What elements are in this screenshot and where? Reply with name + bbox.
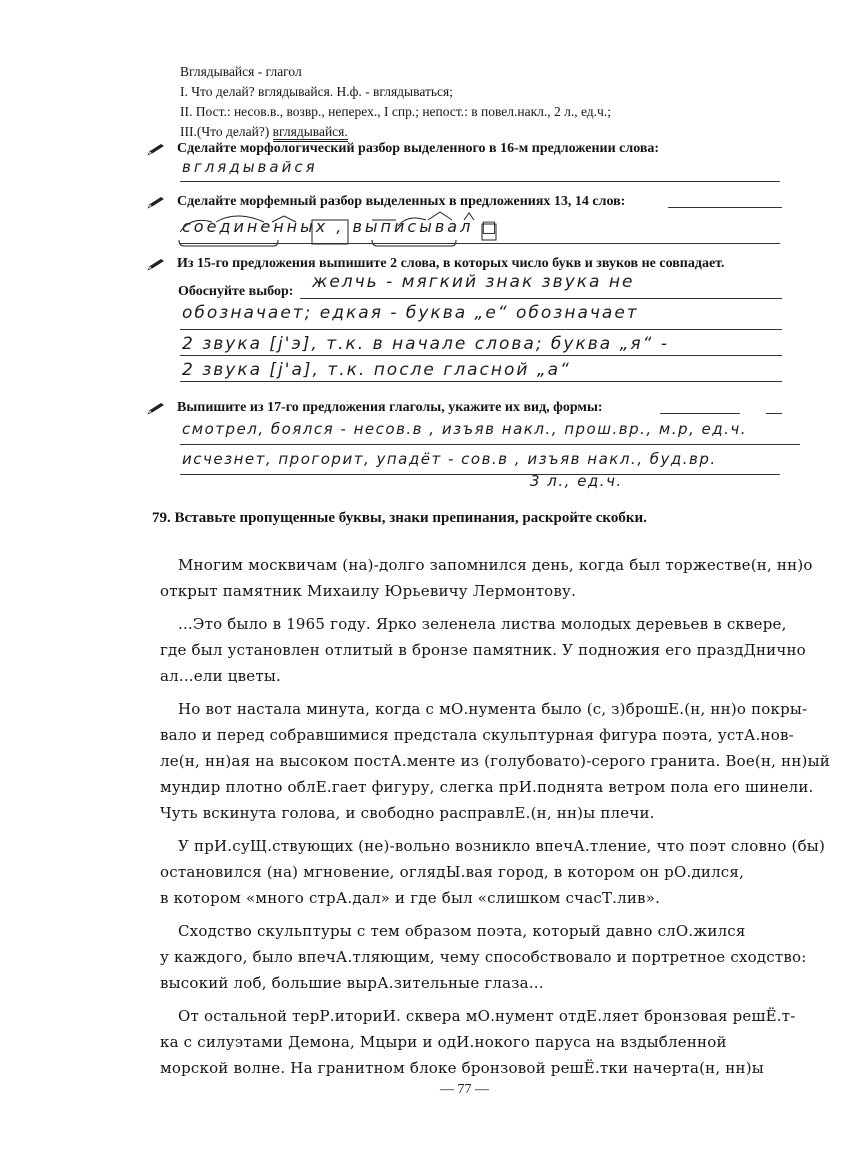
- handwritten-answer: 3 л., ед.ч.: [530, 472, 623, 490]
- text-line: мундир плотно облЕ.гает фигуру, слегка п…: [142, 774, 792, 800]
- text-line: У прИ.суЩ.ствующих (не)-вольно возникло …: [160, 833, 792, 859]
- justify-label: Обоснуйте выбор:: [178, 284, 293, 300]
- task-question: Сделайте морфологический разбор выделенн…: [177, 141, 659, 157]
- text-line: у каждого, было впечА.тляющим, чему спос…: [142, 944, 792, 970]
- answer-line: [180, 474, 780, 475]
- exercise-title: 79. Вставьте пропущенные буквы, знаки пр…: [152, 510, 647, 527]
- text-line: Сходство скульптуры с тем образом поэта,…: [160, 918, 792, 944]
- answer-line: [180, 355, 782, 356]
- exercise-paragraph: Многим москвичам (на)-долго запомнился д…: [160, 552, 792, 604]
- pencil-icon: [146, 402, 166, 416]
- answer-line: [180, 381, 782, 382]
- text-line: Чуть вскинута голова, и свободно расправ…: [142, 800, 792, 826]
- workbook-page: Вглядывайся - глагол I. Что делай? вгляд…: [0, 0, 842, 1158]
- pencil-icon: [146, 196, 166, 210]
- handwritten-answer: желчь - мягкий знак звука не: [312, 272, 634, 292]
- exercise-paragraph: У прИ.суЩ.ствующих (не)-вольно возникло …: [160, 833, 792, 911]
- text-line: где был установлен отлитый в бронзе памя…: [142, 637, 792, 663]
- text-line: морской волне. На гранитном блоке бронзо…: [142, 1055, 792, 1081]
- answer-line: [180, 181, 780, 182]
- handwritten-answer: 2 звука [j'а], т.к. после гласной „а“: [182, 360, 571, 380]
- text-line: ал...ели цветы.: [142, 663, 792, 689]
- answer-line: [660, 413, 740, 414]
- text-line: ка с силуэтами Демона, Мцыри и одИ.ноког…: [142, 1029, 792, 1055]
- analysis-line: I. Что делай? вглядывайся. Н.ф. - вгляды…: [180, 82, 611, 102]
- answer-line: [180, 243, 780, 244]
- text-line: От остальной терР.иториИ. сквера мО.нуме…: [160, 1003, 792, 1029]
- pencil-icon: [146, 143, 166, 157]
- answer-line: [180, 444, 800, 445]
- analysis-line: Вглядывайся - глагол: [180, 62, 611, 82]
- handwritten-answer: 2 звука [j'э], т.к. в начале слова; букв…: [182, 334, 669, 354]
- handwritten-answer: исчезнет, прогорит, упадёт - сов.в , изъ…: [182, 450, 717, 468]
- analysis-underlined-word: вглядывайся.: [273, 124, 348, 142]
- handwritten-answer: обозначает; едкая - буква „е“ обозначает: [182, 303, 639, 323]
- analysis-line: III.(Что делай?) вглядывайся.: [180, 122, 611, 142]
- analysis-line: II. Пост.: несов.в., возвр., неперех., I…: [180, 102, 611, 122]
- handwritten-answer: смотрел, боялся - несов.в , изъяв накл.,…: [182, 420, 747, 438]
- task-question: Из 15-го предложения выпишите 2 слова, в…: [177, 256, 724, 272]
- morphological-analysis: Вглядывайся - глагол I. Что делай? вгляд…: [180, 62, 611, 142]
- exercise-paragraph: Но вот настала минута, когда с мО.нумент…: [160, 696, 792, 826]
- text-line: ле(н, нн)ая на высоком постА.менте из (г…: [142, 748, 792, 774]
- exercise-text: Многим москвичам (на)-долго запомнился д…: [160, 552, 792, 1088]
- text-line: ...Это было в 1965 году. Ярко зеленела л…: [160, 611, 792, 637]
- page-number: — 77 —: [440, 1082, 489, 1098]
- morpheme-marks: [176, 210, 536, 252]
- text-line: Многим москвичам (на)-долго запомнился д…: [160, 552, 792, 578]
- exercise-paragraph: ...Это было в 1965 году. Ярко зеленела л…: [160, 611, 792, 689]
- exercise-paragraph: От остальной терР.иториИ. сквера мО.нуме…: [160, 1003, 792, 1081]
- text-line: остановился (на) мгновение, оглядЫ.вая г…: [142, 859, 792, 885]
- text-line: открыт памятник Михаилу Юрьевичу Лермонт…: [142, 578, 792, 604]
- analysis-prefix: III.(Что делай?): [180, 124, 273, 139]
- task-question: Сделайте морфемный разбор выделенных в п…: [177, 194, 625, 210]
- answer-line: [300, 298, 782, 299]
- answer-line: [668, 207, 782, 208]
- text-line: вало и перед собравшимися предстала скул…: [142, 722, 792, 748]
- text-line: в котором «много стрА.дал» и где был «сл…: [142, 885, 792, 911]
- task-question: Выпишите из 17-го предложения глаголы, у…: [177, 400, 603, 416]
- pencil-icon: [146, 258, 166, 272]
- handwritten-answer: вглядывайся: [182, 158, 318, 176]
- answer-line: [180, 329, 782, 330]
- exercise-paragraph: Сходство скульптуры с тем образом поэта,…: [160, 918, 792, 996]
- answer-line: [766, 413, 782, 414]
- text-line: высокий лоб, большие вырА.зительные глаз…: [142, 970, 792, 996]
- text-line: Но вот настала минута, когда с мО.нумент…: [160, 696, 792, 722]
